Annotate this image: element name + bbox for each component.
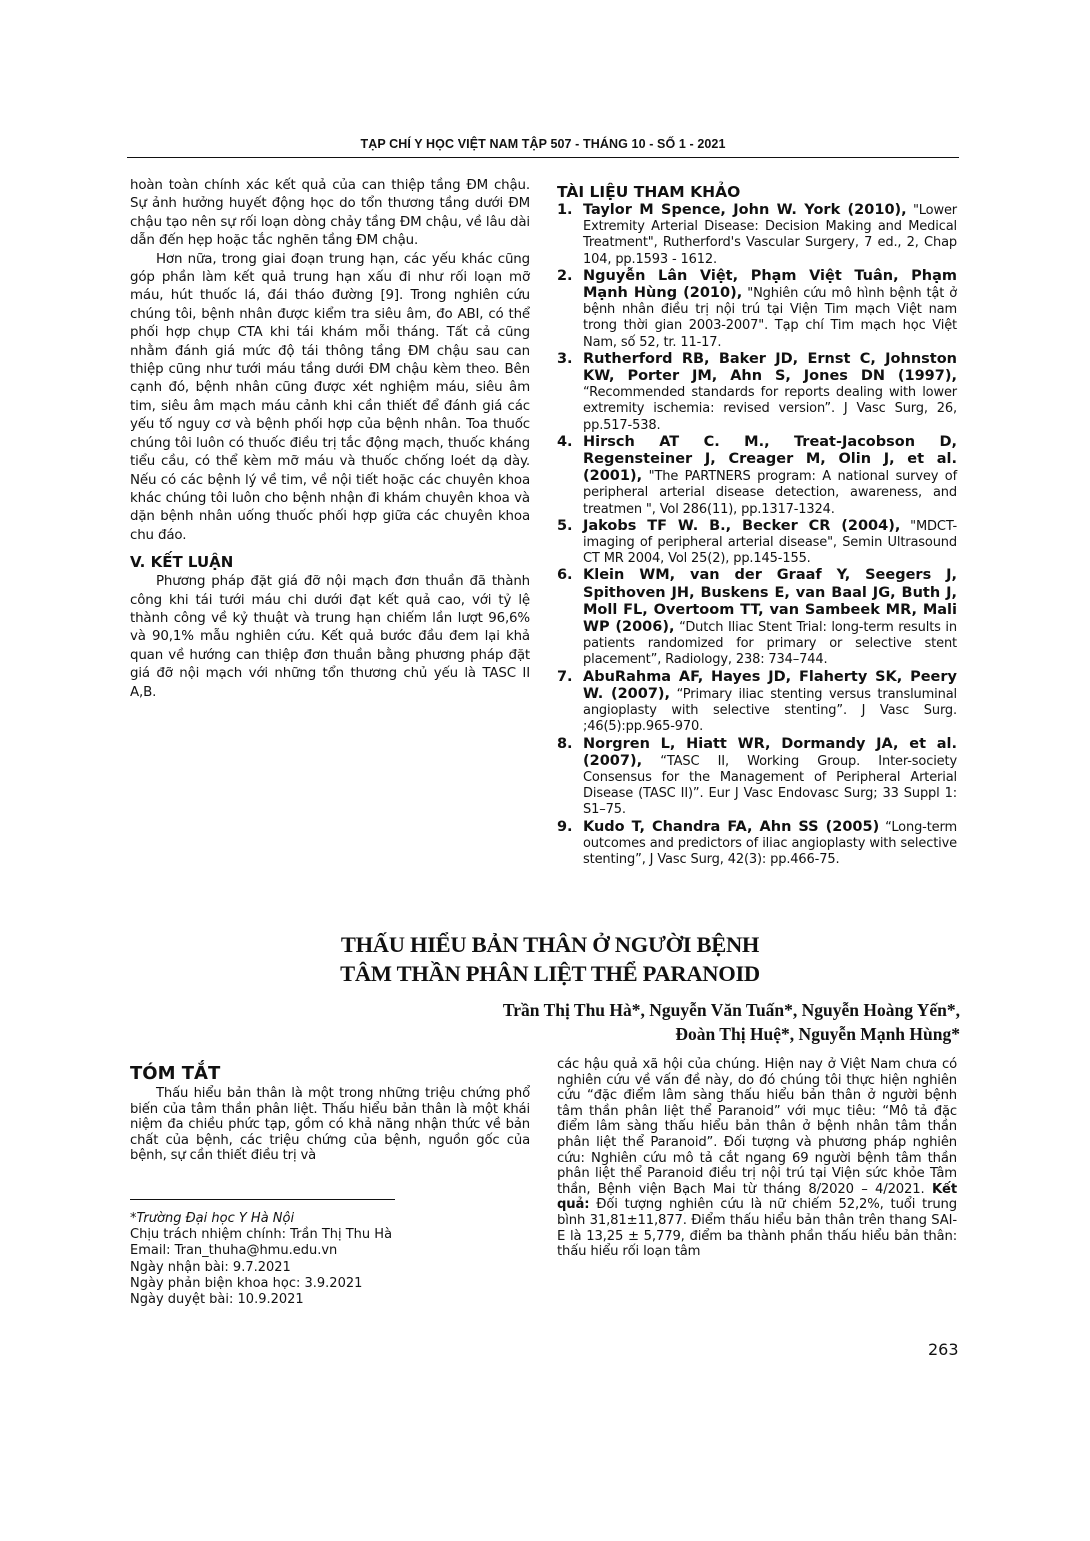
body-paragraph: hoàn toàn chính xác kết quả của can thiệ… (130, 177, 530, 251)
reference-item: 7.AbuRahma AF, Hayes JD, Flaherty SK, Pe… (557, 669, 957, 736)
reference-authors: Kudo T, Chandra FA, Ahn SS (2005) (583, 819, 879, 835)
reference-number: 5. (557, 518, 572, 534)
references-column: TÀI LIỆU THAM KHẢO 1.Taylor M Spence, Jo… (557, 177, 957, 868)
article-title-line-1: THẤU HIỂU BẢN THÂN Ở NGƯỜI BỆNH (300, 930, 800, 959)
article-authors: Trần Thị Thu Hà*, Nguyễn Văn Tuấn*, Nguy… (330, 998, 960, 1046)
references-title: TÀI LIỆU THAM KHẢO (557, 182, 957, 202)
email: Email: Tran_thuha@hmu.edu.vn (130, 1243, 530, 1259)
references-list: 1.Taylor M Spence, John W. York (2010), … (557, 202, 957, 868)
section-title-conclusion: V. KẾT LUẬN (130, 553, 530, 572)
abstract-left-column: TÓM TẮT Thấu hiểu bản thân là một trong … (130, 1063, 530, 1164)
reference-authors: Rutherford RB, Baker JD, Ernst C, Johnst… (583, 351, 957, 384)
abstract-right-column: các hậu quả xã hội của chúng. Hiện nay ở… (557, 1057, 957, 1260)
abstract-title: TÓM TẮT (130, 1063, 530, 1085)
abstract-paragraph-continued: các hậu quả xã hội của chúng. Hiện nay ở… (557, 1057, 957, 1260)
body-paragraph: Hơn nữa, trong giai đoạn trung hạn, các … (130, 251, 530, 546)
reference-number: 9. (557, 819, 572, 835)
reference-text: “Recommended standards for reports deali… (583, 385, 957, 432)
reference-number: 1. (557, 202, 572, 218)
date-accepted: Ngày duyệt bài: 10.9.2021 (130, 1292, 530, 1308)
reference-number: 4. (557, 434, 572, 450)
reference-item: 6.Klein WM, van der Graaf Y, Seegers J, … (557, 567, 957, 668)
reference-item: 1.Taylor M Spence, John W. York (2010), … (557, 202, 957, 268)
reference-number: 8. (557, 736, 572, 752)
abstract-text: Đối tượng nghiên cứu là nữ chiếm 52,2%, … (557, 1197, 957, 1259)
reference-authors: Taylor M Spence, John W. York (2010), (583, 202, 907, 218)
reference-item: 5.Jakobs TF W. B., Becker CR (2004), "MD… (557, 518, 957, 568)
article-title-line-2: TÂM THẦN PHÂN LIỆT THỂ PARANOID (300, 959, 800, 988)
reference-number: 2. (557, 268, 572, 284)
article-title: THẤU HIỂU BẢN THÂN Ở NGƯỜI BỆNH TÂM THẦN… (300, 930, 800, 988)
reference-item: 8.Norgren L, Hiatt WR, Dormandy JA, et a… (557, 736, 957, 819)
abstract-paragraph: Thấu hiểu bản thân là một trong những tr… (130, 1086, 530, 1164)
affiliation: *Trường Đại học Y Hà Nội (130, 1211, 530, 1227)
footnotes: *Trường Đại học Y Hà Nội Chịu trách nhiệ… (130, 1211, 530, 1308)
reference-number: 7. (557, 669, 572, 685)
reference-item: 2.Nguyễn Lân Việt, Phạm Việt Tuân, Phạm … (557, 268, 957, 351)
reference-number: 6. (557, 567, 572, 583)
date-received: Ngày nhận bài: 9.7.2021 (130, 1260, 530, 1276)
date-reviewed: Ngày phản biện khoa học: 3.9.2021 (130, 1276, 530, 1292)
reference-item: 3.Rutherford RB, Baker JD, Ernst C, John… (557, 351, 957, 434)
reference-authors: Jakobs TF W. B., Becker CR (2004), (583, 518, 900, 534)
footnote-divider (130, 1199, 395, 1200)
authors-line-2: Đoàn Thị Huệ*, Nguyễn Mạnh Hùng* (330, 1022, 960, 1046)
reference-number: 3. (557, 351, 572, 367)
left-column: hoàn toàn chính xác kết quả của can thiệ… (130, 177, 530, 702)
abstract-text: các hậu quả xã hội của chúng. Hiện nay ở… (557, 1057, 957, 1197)
responsible-author: Chịu trách nhiệm chính: Trần Thị Thu Hà (130, 1227, 530, 1243)
reference-item: 4.Hirsch AT C. M., Treat-Jacobson D, Reg… (557, 434, 957, 518)
header-divider (127, 157, 959, 158)
reference-item: 9.Kudo T, Chandra FA, Ahn SS (2005) “Lon… (557, 819, 957, 869)
page-number: 263 (928, 1340, 959, 1359)
authors-line-1: Trần Thị Thu Hà*, Nguyễn Văn Tuấn*, Nguy… (330, 998, 960, 1022)
journal-header: TẠP CHÍ Y HỌC VIỆT NAM TẬP 507 - THÁNG 1… (127, 137, 959, 151)
conclusion-paragraph: Phương pháp đặt giá đỡ nội mạch đơn thuầ… (130, 573, 530, 702)
